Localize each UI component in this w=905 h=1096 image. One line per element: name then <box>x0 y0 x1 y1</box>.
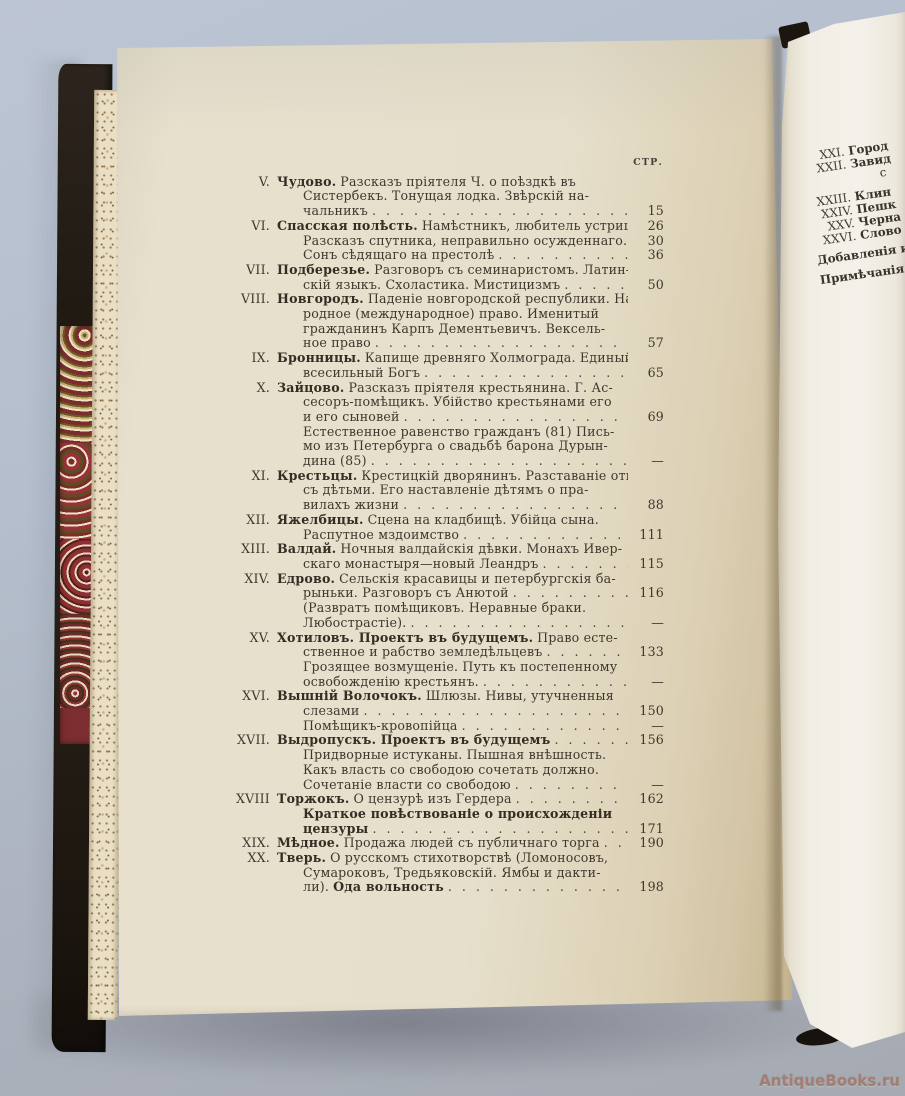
toc-line-body: Сумароковъ, Тредьяковскій. Ямбы и дакти- <box>277 866 628 881</box>
dot-leader <box>424 366 628 381</box>
toc-line: скаго монастыря—новый Леандръ 115 <box>222 557 664 572</box>
page-number: — <box>628 719 664 734</box>
entry-text: Систербекъ. Тонущая лодка. Звѣрскій на- <box>303 189 589 204</box>
toc-line-body: скій языкъ. Схоластика. Мистицизмъ <box>277 278 628 293</box>
chapter-title: Слово <box>859 224 902 243</box>
dot-leader <box>516 792 628 807</box>
toc-line-body: скаго монастыря—новый Леандръ <box>277 557 628 572</box>
page-number: 88 <box>628 498 664 513</box>
toc-line: гражданинъ Карпъ Дементьевичъ. Вексель- <box>222 322 664 337</box>
toc-line: Разсказъ спутника, неправильно осужденна… <box>222 234 664 249</box>
entry-text: Капище древняго Холмограда. Единый <box>365 351 628 366</box>
entry-text: рыньки. Разговоръ съ Анютой <box>303 586 509 601</box>
toc-line-body: Едрово. Сельскія красавицы и петербургск… <box>277 572 628 587</box>
entry-text: Паденіе новгородской республики. На- <box>368 292 628 307</box>
chapter-numeral: XVIII <box>222 792 277 807</box>
book-photo: СТР. V. Чудово. Разсказъ пріятеля Ч. о п… <box>0 0 905 1096</box>
chapter-numeral: XX. <box>222 851 277 866</box>
chapter-title: Новгородъ. <box>277 292 364 307</box>
entry-text: Распутное мздоимство <box>303 528 459 543</box>
toc-line-body: Яжелбицы. Сцена на кладбищѣ. Убійца сына… <box>277 513 628 528</box>
entry-text: Помѣщикъ-кровопійца <box>303 719 458 734</box>
chapter-numeral: XI. <box>222 469 277 484</box>
toc-line: дина (85) — <box>222 454 664 469</box>
entry-text: Право есте- <box>537 631 618 646</box>
toc-line: XIV. Едрово. Сельскія красавицы и петерб… <box>222 572 664 587</box>
dot-leader <box>543 557 628 572</box>
entry-text: Намѣстникъ, любитель устрицъ. <box>422 219 628 234</box>
toc-line-body: Выдропускъ. Проектъ въ будущемъ <box>277 733 628 748</box>
toc-line-body: Новгородъ. Паденіе новгородской республи… <box>277 292 628 307</box>
entry-text: гражданинъ Карпъ Дементьевичъ. Вексель- <box>303 322 605 337</box>
toc-line-body: вилахъ жизни <box>277 498 628 513</box>
toc-line-body: Чудово. Разсказъ пріятеля Ч. о поѣздкѣ в… <box>277 175 628 190</box>
chapter-numeral <box>803 181 853 188</box>
table-of-contents: СТР. V. Чудово. Разсказъ пріятеля Ч. о п… <box>222 156 664 895</box>
page-number: 69 <box>628 410 664 425</box>
toc-line-body: Какъ власть со свободою сочетать должно. <box>277 763 628 778</box>
chapter-title: Чудово. <box>277 175 336 190</box>
chapter-title: Краткое повѣствованіе о происхожденіи <box>303 807 612 822</box>
toc-line: XVII. Выдропускъ. Проектъ въ будущемъ 15… <box>222 733 664 748</box>
toc-line-body: Помѣщикъ-кровопійца <box>277 719 628 734</box>
chapter-numeral: XII. <box>222 513 277 528</box>
toc-line-body: Мѣдное. Продажа людей съ публичнаго торг… <box>277 836 628 851</box>
chapter-numeral: VI. <box>222 219 277 234</box>
chapter-title: цензуры <box>303 822 368 837</box>
toc-line: сесоръ-помѣщикъ. Убійство крестьянами ег… <box>222 395 664 410</box>
chapter-title: Ода вольность <box>333 880 444 895</box>
entry-text: мо изъ Петербурга о свадьбѣ барона Дурын… <box>303 439 608 454</box>
chapter-numeral: XIX. <box>222 836 277 851</box>
toc-line-body: ное право <box>277 336 628 351</box>
chapter-numeral: IX. <box>222 351 277 366</box>
toc-line: V. Чудово. Разсказъ пріятеля Ч. о поѣздк… <box>222 175 664 190</box>
entry-text: Разговоръ съ семинаристомъ. Латин- <box>374 263 628 278</box>
toc-line: XIII. Валдай. Ночныя валдайскія дѣвки. М… <box>222 542 664 557</box>
page-number: 50 <box>628 278 664 293</box>
page-number: 57 <box>628 336 664 351</box>
entry-text: сесоръ-помѣщикъ. Убійство крестьянами ег… <box>303 395 612 410</box>
entry-text: Придворные истуканы. Пышная внѣшность. <box>303 748 606 763</box>
entry-text: скаго монастыря—новый Леандръ <box>303 557 539 572</box>
page-number: 190 <box>628 836 664 851</box>
toc-line-body: Разсказъ спутника, неправильно осужденна… <box>277 234 628 249</box>
entry-text: Ночныя валдайскія дѣвки. Монахъ Ивер- <box>340 542 622 557</box>
dot-leader <box>448 880 628 895</box>
toc-line-body: сесоръ-помѣщикъ. Убійство крестьянами ег… <box>277 395 628 410</box>
toc-line-body: Крестьцы. Крестицкій дворянинъ. Разстава… <box>277 469 628 484</box>
entry-text-prefix: ли). <box>303 880 329 895</box>
dot-leader <box>410 616 628 631</box>
toc-line-body: мо изъ Петербурга о свадьбѣ барона Дурын… <box>277 439 628 454</box>
toc-line-body: Зайцово. Разсказъ пріятеля крестьянина. … <box>277 381 628 396</box>
chapter-numeral: VII. <box>222 263 277 278</box>
chapter-title: Мѣдное. <box>277 836 340 851</box>
page-number: 133 <box>628 645 664 660</box>
dot-leader <box>555 733 628 748</box>
chapter-title: Подберезье. <box>277 263 370 278</box>
toc-line: вилахъ жизни 88 <box>222 498 664 513</box>
toc-line: освобожденію крестьянъ. — <box>222 675 664 690</box>
next-page-toc: XXI. Город XXII. Завид с XXIII. Клин XXI… <box>798 130 905 288</box>
chapter-title: Вышній Волочокъ. <box>277 689 422 704</box>
toc-line: XVI. Вышній Волочокъ. Шлюзы. Нивы, утучн… <box>222 689 664 704</box>
toc-line-body: Систербекъ. Тонущая лодка. Звѣрскій на- <box>277 189 628 204</box>
toc-line: XVIII Торжокъ. О цензурѣ изъ Гердера 162 <box>222 792 664 807</box>
dot-leader <box>371 454 628 469</box>
entry-text: ное право <box>303 336 371 351</box>
toc-line: ное право 57 <box>222 336 664 351</box>
chapter-numeral: XV. <box>222 631 277 646</box>
entry-text: вилахъ жизни <box>303 498 399 513</box>
page-number: 171 <box>628 822 664 837</box>
toc-line: Какъ власть со свободою сочетать должно. <box>222 763 664 778</box>
toc-line: VI. Спасская полѣсть. Намѣстникъ, любите… <box>222 219 664 234</box>
toc-line: ственное и рабство земледѣльцевъ 133 <box>222 645 664 660</box>
entry-text: Разсказъ пріятеля Ч. о поѣздкѣ въ <box>340 175 576 190</box>
dot-leader <box>404 410 628 425</box>
page-number: 116 <box>628 586 664 601</box>
entry-text: (Развратъ помѣщиковъ. Неравные браки. <box>303 601 586 616</box>
toc-line: съ дѣтьми. Его наставленіе дѣтямъ о пра- <box>222 483 664 498</box>
toc-line: XI. Крестьцы. Крестицкій дворянинъ. Разс… <box>222 469 664 484</box>
dot-leader <box>513 586 628 601</box>
toc-line-body: Спасская полѣсть. Намѣстникъ, любитель у… <box>277 219 628 234</box>
toc-line: Систербекъ. Тонущая лодка. Звѣрскій на- <box>222 189 664 204</box>
toc-line-body: Сочетаніе власти со свободою <box>277 778 628 793</box>
entry-text: О русскомъ стихотворствѣ (Ломоносовъ, <box>330 851 608 866</box>
dot-leader <box>564 278 628 293</box>
toc-line: Сумароковъ, Тредьяковскій. Ямбы и дакти- <box>222 866 664 881</box>
toc-line-body: цензуры <box>277 822 628 837</box>
toc-line: мо изъ Петербурга о свадьбѣ барона Дурын… <box>222 439 664 454</box>
chapter-title: Тверь. <box>277 851 326 866</box>
toc-line: X. Зайцово. Разсказъ пріятеля крестьянин… <box>222 381 664 396</box>
dot-leader <box>363 704 628 719</box>
chapter-numeral: VIII. <box>222 292 277 307</box>
page-number: 156 <box>628 733 664 748</box>
toc-line: XII. Яжелбицы. Сцена на кладбищѣ. Убійца… <box>222 513 664 528</box>
entry-text: скій языкъ. Схоластика. Мистицизмъ <box>303 278 560 293</box>
toc-line: Грозящее возмущеніе. Путь къ постепенном… <box>222 660 664 675</box>
page-number: — <box>628 454 664 469</box>
toc-line-body: Подберезье. Разговоръ съ семинаристомъ. … <box>277 263 628 278</box>
toc-line: родное (международное) право. Именитый <box>222 307 664 322</box>
entry-text: родное (международное) право. Именитый <box>303 307 599 322</box>
toc-line: Сочетаніе власти со свободою — <box>222 778 664 793</box>
entry-text: и его сыновей <box>303 410 400 425</box>
dot-leader <box>515 778 628 793</box>
entry-text: слезами <box>303 704 359 719</box>
toc-line-body: Естественное равенство гражданъ (81) Пис… <box>277 425 628 440</box>
entry-text: Сочетаніе власти со свободою <box>303 778 511 793</box>
dot-leader <box>375 336 628 351</box>
entry-text: Продажа людей съ публичнаго торга <box>344 836 600 851</box>
entry-text: съ дѣтьми. Его наставленіе дѣтямъ о пра- <box>303 483 589 498</box>
toc-line-body: дина (85) <box>277 454 628 469</box>
toc-line: чальникъ 15 <box>222 204 664 219</box>
entry-text: Сумароковъ, Тредьяковскій. Ямбы и дакти- <box>303 866 601 881</box>
entry-text: Разсказъ спутника, неправильно осужденна… <box>303 234 627 249</box>
chapter-title: Выдропускъ. Проектъ въ будущемъ <box>277 733 551 748</box>
toc-line-body: Любострастіе). <box>277 616 628 631</box>
toc-line-body: слезами <box>277 704 628 719</box>
dot-leader <box>403 498 628 513</box>
page-number: — <box>628 778 664 793</box>
chapter-title: Едрово. <box>277 572 335 587</box>
toc-line-body: и его сыновей <box>277 410 628 425</box>
toc-line: и его сыновей 69 <box>222 410 664 425</box>
page-column-header: СТР. <box>222 156 664 171</box>
toc-line: Распутное мздоимство 111 <box>222 528 664 543</box>
dot-leader <box>483 675 628 690</box>
dot-leader <box>546 645 628 660</box>
toc-line: (Развратъ помѣщиковъ. Неравные браки. <box>222 601 664 616</box>
chapter-numeral: V. <box>222 175 277 190</box>
toc-line-body: Краткое повѣствованіе о происхожденіи <box>277 807 628 822</box>
page-number: 30 <box>628 234 664 249</box>
entry-text: Сцена на кладбищѣ. Убійца сына. <box>368 513 599 528</box>
page-number: 15 <box>628 204 664 219</box>
dot-leader <box>462 719 628 734</box>
chapter-title: Крестьцы. <box>277 469 357 484</box>
dot-leader <box>604 836 628 851</box>
toc-line: слезами 150 <box>222 704 664 719</box>
chapter-title: Яжелбицы. <box>277 513 364 528</box>
watermark: AntiqueBooks.ru <box>759 1072 900 1090</box>
toc-line: Краткое повѣствованіе о происхожденіи <box>222 807 664 822</box>
dot-leader <box>372 204 628 219</box>
chapter-numeral: X. <box>222 381 277 396</box>
entry-text: Шлюзы. Нивы, утучненныя <box>426 689 614 704</box>
toc-line: Придворные истуканы. Пышная внѣшность. <box>222 748 664 763</box>
chapter-numeral: XIII. <box>222 542 277 557</box>
toc-line: Естественное равенство гражданъ (81) Пис… <box>222 425 664 440</box>
toc-line-body: чальникъ <box>277 204 628 219</box>
toc-line: ли). Ода вольность 198 <box>222 880 664 895</box>
toc-line-body: (Развратъ помѣщиковъ. Неравные браки. <box>277 601 628 616</box>
page-number: — <box>628 675 664 690</box>
toc-line: Любострастіе). — <box>222 616 664 631</box>
chapter-title: Зайцово. <box>277 381 344 396</box>
toc-line: VII. Подберезье. Разговоръ съ семинарист… <box>222 263 664 278</box>
chapter-numeral: XVII. <box>222 733 277 748</box>
entry-text: Грозящее возмущеніе. Путь къ постепенном… <box>303 660 617 675</box>
entry-text: Сонъ сѣдящаго на престолѣ <box>303 248 494 263</box>
page-number: 162 <box>628 792 664 807</box>
toc-line: скій языкъ. Схоластика. Мистицизмъ 50 <box>222 278 664 293</box>
chapter-numeral: XVI. <box>222 689 277 704</box>
toc-line-body: ли). Ода вольность <box>277 880 628 895</box>
toc-line: XIX. Мѣдное. Продажа людей съ публичнаго… <box>222 836 664 851</box>
toc-line: XV. Хотиловъ. Проектъ въ будущемъ. Право… <box>222 631 664 646</box>
toc-line: Помѣщикъ-кровопійца — <box>222 719 664 734</box>
toc-line: всесильный Богъ 65 <box>222 366 664 381</box>
toc-line-body: Торжокъ. О цензурѣ изъ Гердера <box>277 792 628 807</box>
page-number: 115 <box>628 557 664 572</box>
entry-text: ственное и рабство земледѣльцевъ <box>303 645 542 660</box>
entry-text: Любострастіе). <box>303 616 406 631</box>
toc-line-body: родное (международное) право. Именитый <box>277 307 628 322</box>
toc-line-body: Тверь. О русскомъ стихотворствѣ (Ломонос… <box>277 851 628 866</box>
dot-leader <box>463 528 628 543</box>
toc-line: цензуры 171 <box>222 822 664 837</box>
chapter-title: Хотиловъ. Проектъ въ будущемъ. <box>277 631 533 646</box>
toc-line-body: Придворные истуканы. Пышная внѣшность. <box>277 748 628 763</box>
entry-text: Разсказъ пріятеля крестьянина. Г. Ас- <box>348 381 612 396</box>
toc-line-body: Сонъ сѣдящаго на престолѣ <box>277 248 628 263</box>
entry-text: дина (85) <box>303 454 367 469</box>
chapter-title: Спасская полѣсть. <box>277 219 418 234</box>
page-number: 65 <box>628 366 664 381</box>
page-number: 150 <box>628 704 664 719</box>
toc-line-body: съ дѣтьми. Его наставленіе дѣтямъ о пра- <box>277 483 628 498</box>
chapter-title: Торжокъ. <box>277 792 349 807</box>
toc-line: IX. Бронницы. Капище древняго Холмограда… <box>222 351 664 366</box>
toc-line-body: Хотиловъ. Проектъ въ будущемъ. Право ест… <box>277 631 628 646</box>
entry-text: Крестицкій дворянинъ. Разставаніе отца <box>361 469 628 484</box>
entry-text: Естественное равенство гражданъ (81) Пис… <box>303 425 614 440</box>
entry-text: О цензурѣ изъ Гердера <box>353 792 511 807</box>
page-number: 111 <box>628 528 664 543</box>
toc-line-body: всесильный Богъ <box>277 366 628 381</box>
page-number: — <box>628 616 664 631</box>
toc-line-body: Грозящее возмущеніе. Путь къ постепенном… <box>277 660 628 675</box>
toc-line-body: освобожденію крестьянъ. <box>277 675 628 690</box>
chapter-title: Бронницы. <box>277 351 361 366</box>
toc-line: VIII. Новгородъ. Паденіе новгородской ре… <box>222 292 664 307</box>
dot-leader <box>372 822 628 837</box>
entry-text: Сельскія красавицы и петербургскія ба- <box>339 572 616 587</box>
toc-line-body: ственное и рабство земледѣльцевъ <box>277 645 628 660</box>
toc-lines: V. Чудово. Разсказъ пріятеля Ч. о поѣздк… <box>222 175 664 895</box>
page-number: 26 <box>628 219 664 234</box>
chapter-title: Валдай. <box>277 542 336 557</box>
toc-line: XX. Тверь. О русскомъ стихотворствѣ (Лом… <box>222 851 664 866</box>
chapter-numeral: XIV. <box>222 572 277 587</box>
dot-leader <box>498 248 628 263</box>
toc-line-body: Вышній Волочокъ. Шлюзы. Нивы, утучненныя <box>277 689 628 704</box>
toc-line: рыньки. Разговоръ съ Анютой 116 <box>222 586 664 601</box>
toc-line-body: Валдай. Ночныя валдайскія дѣвки. Монахъ … <box>277 542 628 557</box>
toc-line-body: гражданинъ Карпъ Дементьевичъ. Вексель- <box>277 322 628 337</box>
entry-text: всесильный Богъ <box>303 366 420 381</box>
toc-line-body: рыньки. Разговоръ съ Анютой <box>277 586 628 601</box>
entry-text: освобожденію крестьянъ. <box>303 675 479 690</box>
toc-line-body: Бронницы. Капище древняго Холмограда. Ед… <box>277 351 628 366</box>
entry-text: чальникъ <box>303 204 368 219</box>
page-number: 36 <box>628 248 664 263</box>
toc-line: Сонъ сѣдящаго на престолѣ 36 <box>222 248 664 263</box>
toc-line-body: Распутное мздоимство <box>277 528 628 543</box>
entry-text: Какъ власть со свободою сочетать должно. <box>303 763 599 778</box>
page-number: 198 <box>628 880 664 895</box>
